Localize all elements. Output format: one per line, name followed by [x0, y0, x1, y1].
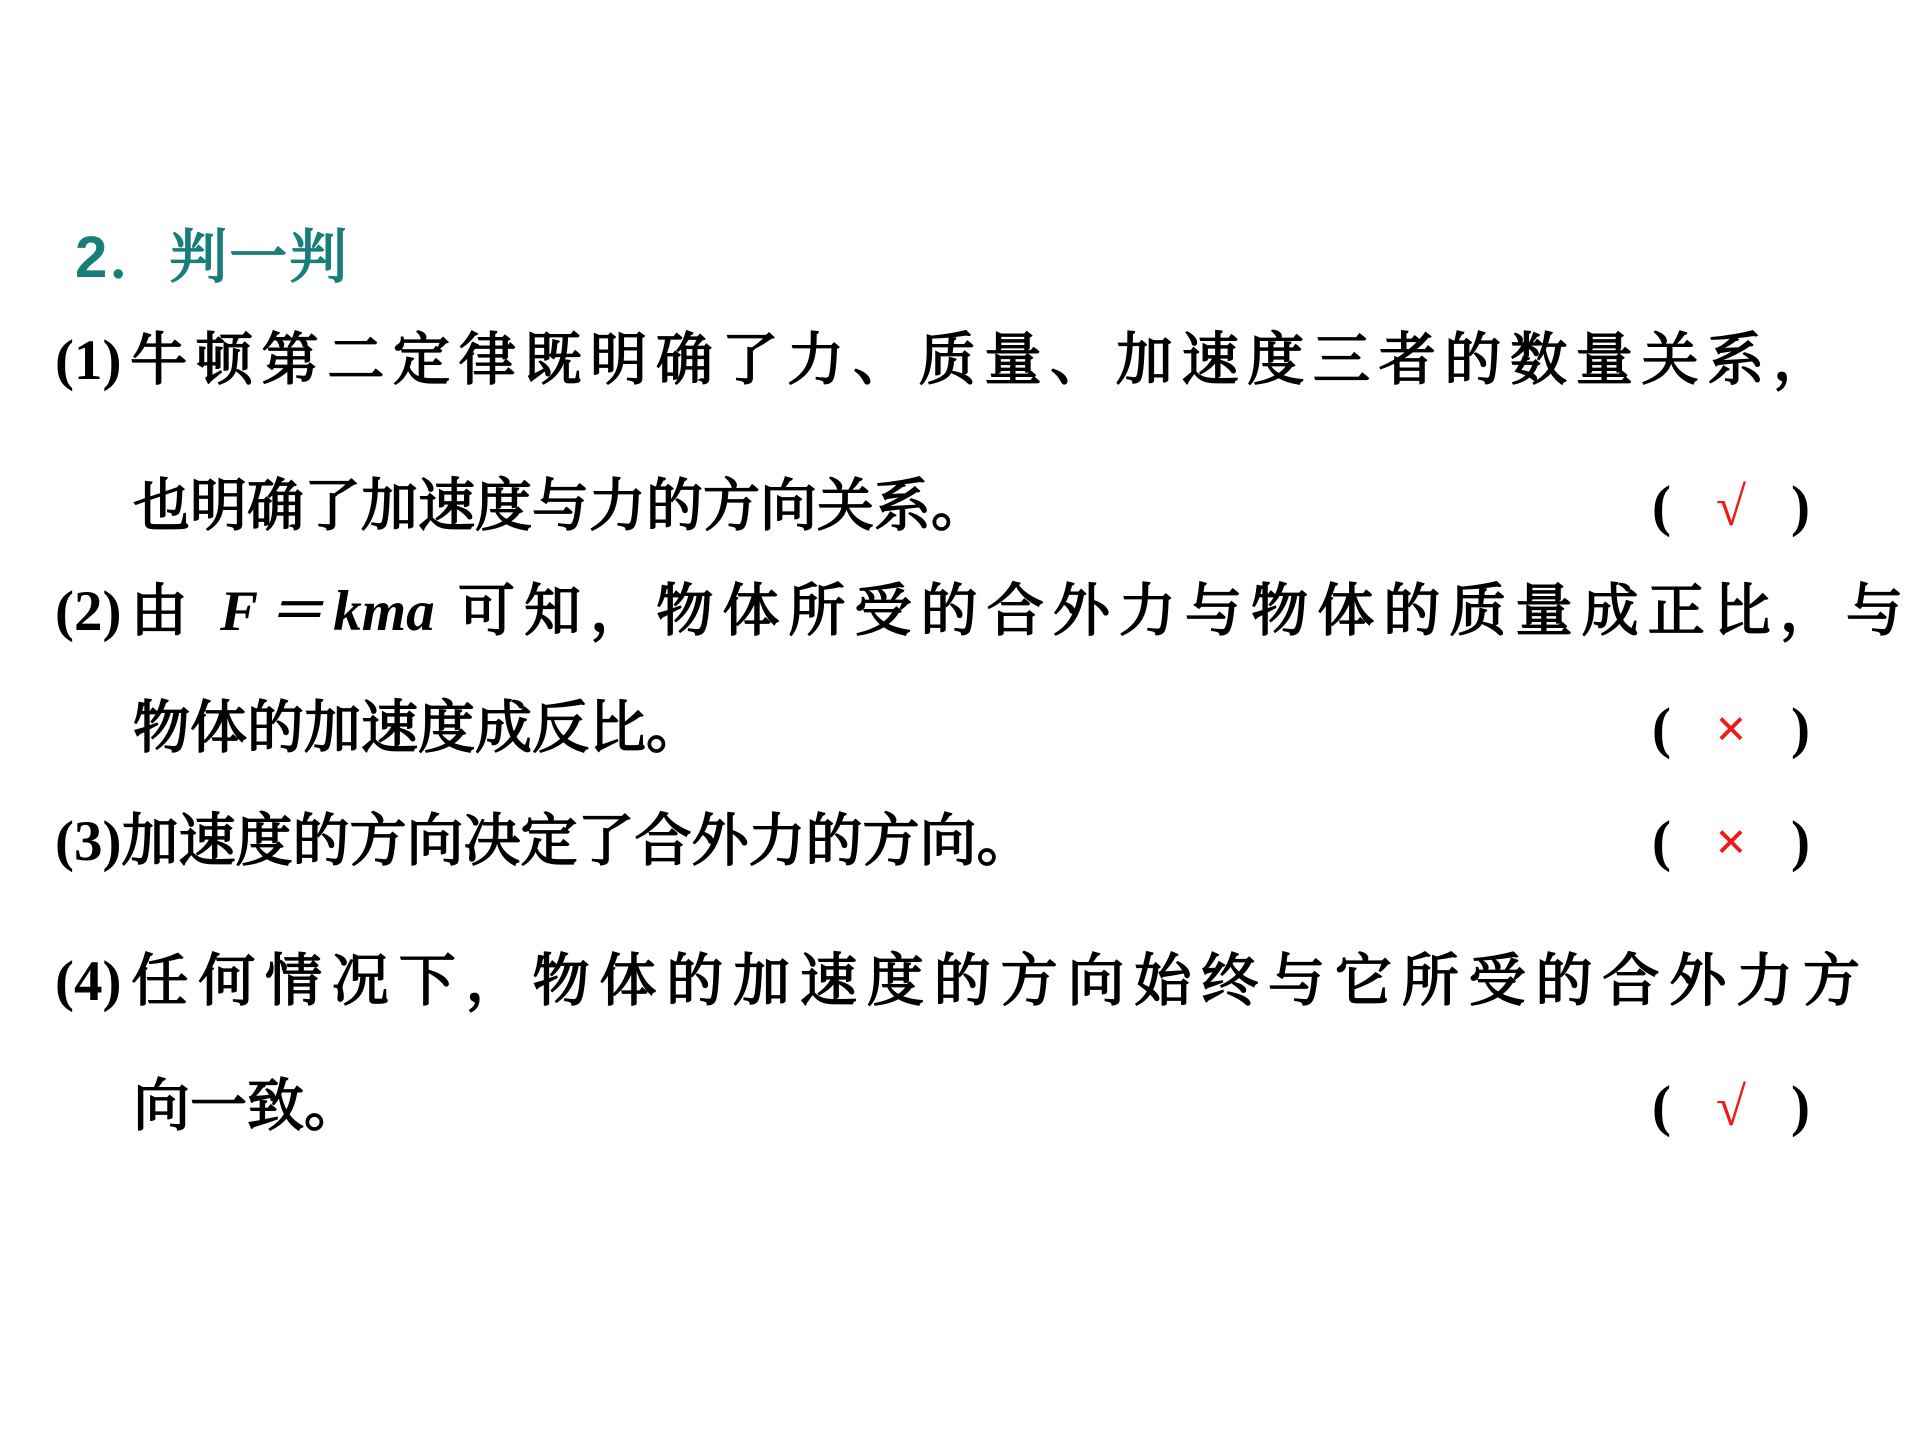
- statement-1-line-2: 也明确了加速度与力的方向关系。: [133, 473, 988, 541]
- formula-f-equals-kma: F＝kma: [220, 580, 435, 643]
- statement-3-line-1: (3)加速度的方向决定了合外力的方向。: [55, 808, 1033, 876]
- cross-mark-icon: ×: [1715, 696, 1746, 762]
- statement-2-answer: ( × ): [1652, 695, 1810, 763]
- statement-1-line-1: (1)牛顿第二定律既明确了力、质量、加速度三者的数量关系，: [55, 327, 1830, 395]
- statement-2-line-1: (2)由 F＝kma 可知，物体所受的合外力与物体的质量成正比，与: [55, 578, 1903, 646]
- statement-4-answer: ( √ ): [1652, 1073, 1810, 1141]
- open-paren: (: [1652, 1073, 1671, 1141]
- statement-2-suffix: 可知，物体所受的合外力与物体的质量成正比，与: [435, 580, 1903, 643]
- statement-2-line-2: 物体的加速度成反比。: [133, 695, 703, 763]
- slide: 2．判一判 (1)牛顿第二定律既明确了力、质量、加速度三者的数量关系， 也明确了…: [0, 0, 1920, 1440]
- statement-2-prefix: (2)由: [55, 580, 220, 643]
- close-paren: ): [1791, 808, 1810, 876]
- open-paren: (: [1652, 808, 1671, 876]
- close-paren: ): [1791, 473, 1810, 541]
- statement-4-line-2: 向一致。: [133, 1073, 361, 1141]
- cross-mark-icon: ×: [1715, 809, 1746, 875]
- close-paren: ): [1791, 695, 1810, 763]
- open-paren: (: [1652, 473, 1671, 541]
- open-paren: (: [1652, 695, 1671, 763]
- statement-4-line-1: (4)任何情况下，物体的加速度的方向始终与它所受的合外力方: [55, 948, 1860, 1016]
- check-mark-icon: √: [1716, 1074, 1746, 1140]
- check-mark-icon: √: [1716, 474, 1746, 540]
- section-heading: 2．判一判: [75, 210, 349, 294]
- statement-1-answer: ( √ ): [1652, 473, 1810, 541]
- statement-3-answer: ( × ): [1652, 808, 1810, 876]
- close-paren: ): [1791, 1073, 1810, 1141]
